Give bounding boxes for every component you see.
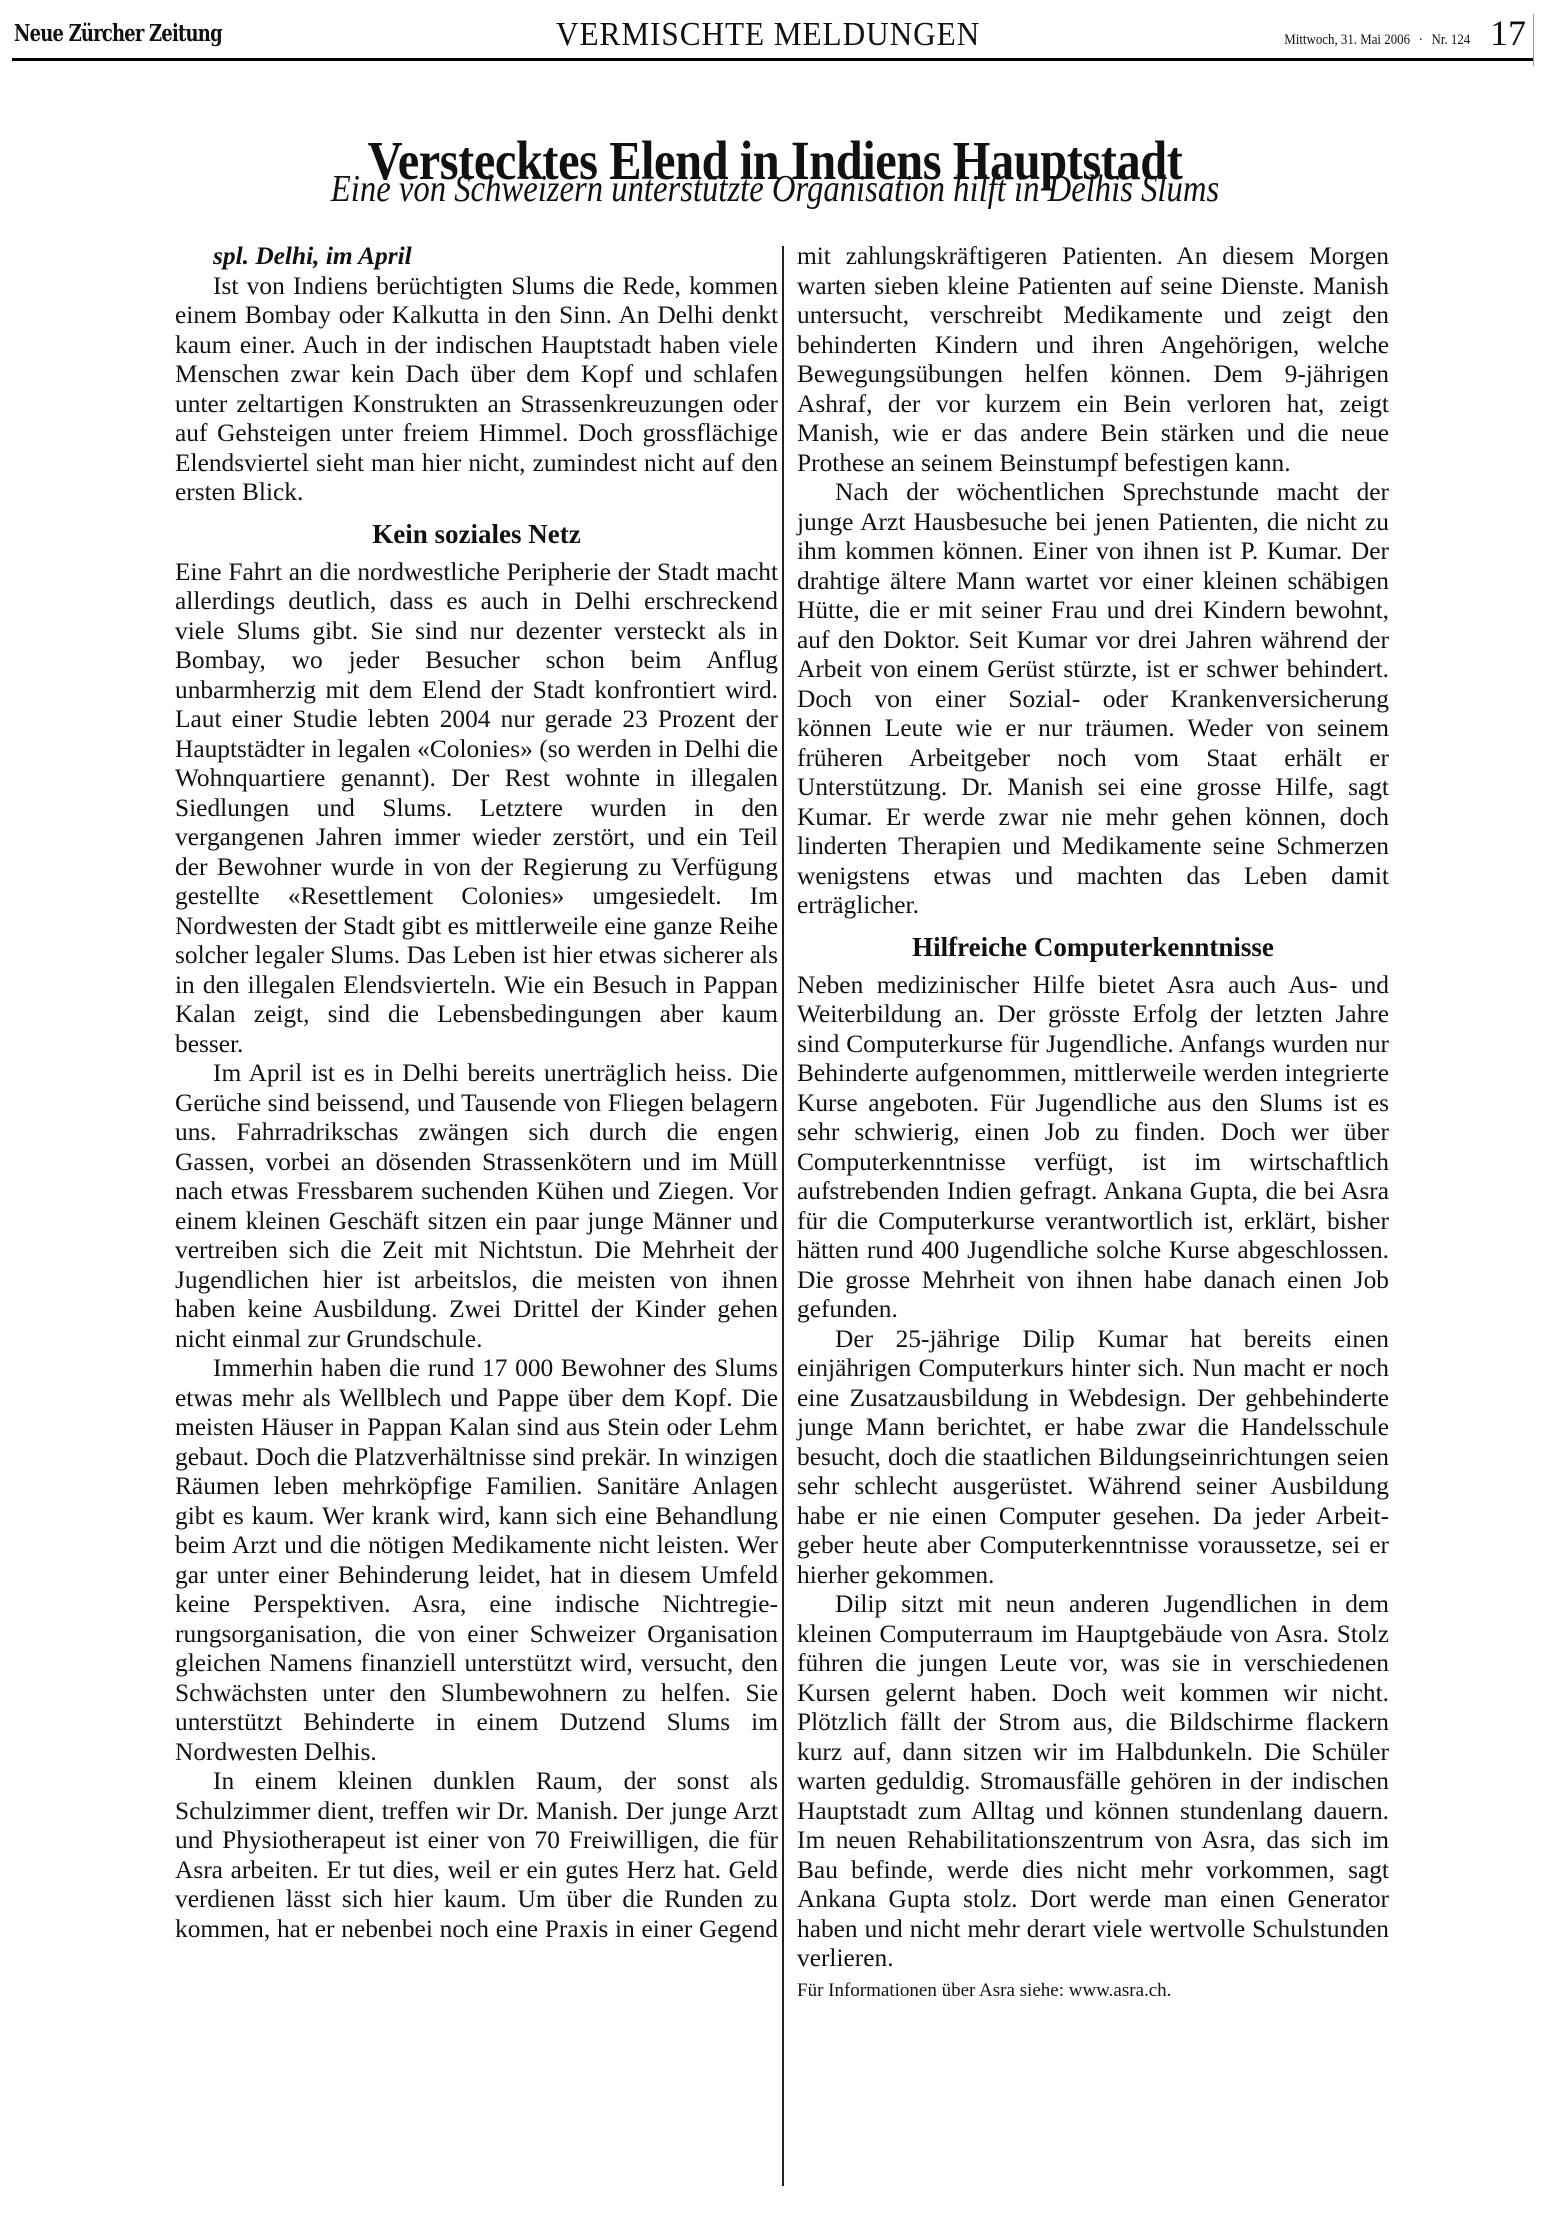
section-heading: Hilfreiche Computerkenntnisse: [797, 931, 1389, 963]
masthead-rule: [12, 58, 1534, 61]
info-footnote: Für Informationen über Asra siehe: www.a…: [797, 1978, 1389, 2004]
body-paragraph: In einem kleinen dunklen Raum, der sonst…: [175, 1767, 778, 1944]
article-subheadline: Eine von Schweizern unterstützte Organis…: [238, 170, 1313, 208]
issue-number: Nr. 124: [1431, 32, 1470, 48]
newspaper-logo: Neue Zürcher Zeitung: [14, 20, 222, 47]
body-paragraph: Dilip sitzt mit neun anderen Jugendliche…: [797, 1590, 1389, 1974]
body-paragraph: Neben medizinischer Hilfe bietet Asra au…: [797, 971, 1389, 1325]
page-number: 17: [1490, 12, 1526, 54]
issue-date: Mittwoch, 31. Mai 2006: [1284, 32, 1410, 48]
page-edge-line: [1533, 14, 1534, 66]
body-paragraph-continued: mit zahlungskräftigeren Patienten. An di…: [797, 242, 1389, 478]
section-heading: Kein soziales Netz: [175, 518, 778, 550]
column-divider: [782, 246, 784, 2186]
article-column-right: mit zahlungskräftigeren Patienten. An di…: [797, 242, 1389, 2004]
body-paragraph: Immerhin haben die rund 17 000 Bewohner …: [175, 1354, 778, 1767]
intro-paragraph: Ist von Indiens berüchtigten Slums die R…: [175, 272, 778, 508]
meta-separator: ·: [1418, 32, 1422, 48]
body-paragraph: Im April ist es in Delhi bereits unerträ…: [175, 1059, 778, 1354]
masthead: Neue Zürcher Zeitung VERMISCHTE MELDUNGE…: [12, 0, 1534, 58]
issue-meta: Mittwoch, 31. Mai 2006·Nr. 124: [1284, 32, 1470, 49]
body-paragraph: Der 25-jährige Dilip Kumar hat bereits e…: [797, 1325, 1389, 1591]
body-paragraph: Nach der wöchentlichen Sprechstunde mach…: [797, 478, 1389, 921]
dateline: spl. Delhi, im April: [175, 242, 778, 272]
body-paragraph: Eine Fahrt an die nordwestliche Peripher…: [175, 558, 778, 1060]
section-title: VERMISCHTE MELDUNGEN: [556, 16, 980, 54]
article-column-left: spl. Delhi, im April Ist von Indiens ber…: [175, 242, 778, 1944]
